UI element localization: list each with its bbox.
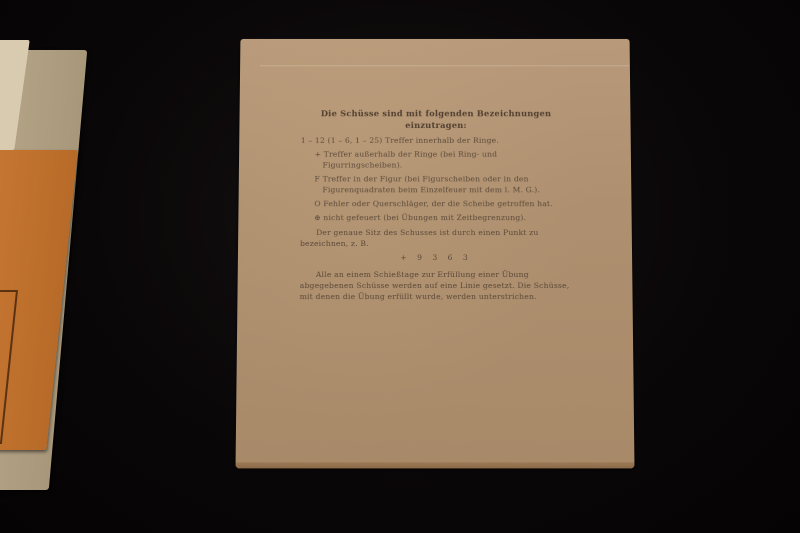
instruction-item: ⊕ nicht gefeuert (bei Übungen mit Zeitbe… [308,212,572,223]
instruction-item: + Treffer außerhalb der Ringe (bei Ring-… [309,149,572,171]
booklet-bottom-edge [236,462,635,468]
booklet-cover: Die Schüsse sind mit folgenden Bezeichnu… [236,39,635,468]
instructions-heading: Die Schüsse sind mit folgenden Bezeichnu… [301,107,571,131]
cover-fold-line [260,65,630,66]
instruction-item: O Fehler oder Querschläger, der die Sche… [308,198,571,209]
closing-paragraph: Alle an einem Schießtage zur Erfüllung e… [300,269,573,302]
instruction-item: 1 – 12 (1 – 6, 1 – 25) Treffer innerhalb… [301,135,571,146]
marking-note: Der genaue Sitz des Schusses ist durch e… [300,227,572,249]
example-symbols: + 9 3 6 3 [300,252,572,263]
orange-booklet [0,150,78,450]
left-booklet-stack [0,40,80,490]
instruction-item: F Treffer in der Figur (bei Figurscheibe… [308,173,571,195]
shooting-record-booklet: Die Schüsse sind mit folgenden Bezeichnu… [238,36,632,466]
instructions-text: Die Schüsse sind mit folgenden Bezeichnu… [300,107,573,302]
orange-booklet-frame [0,290,18,444]
